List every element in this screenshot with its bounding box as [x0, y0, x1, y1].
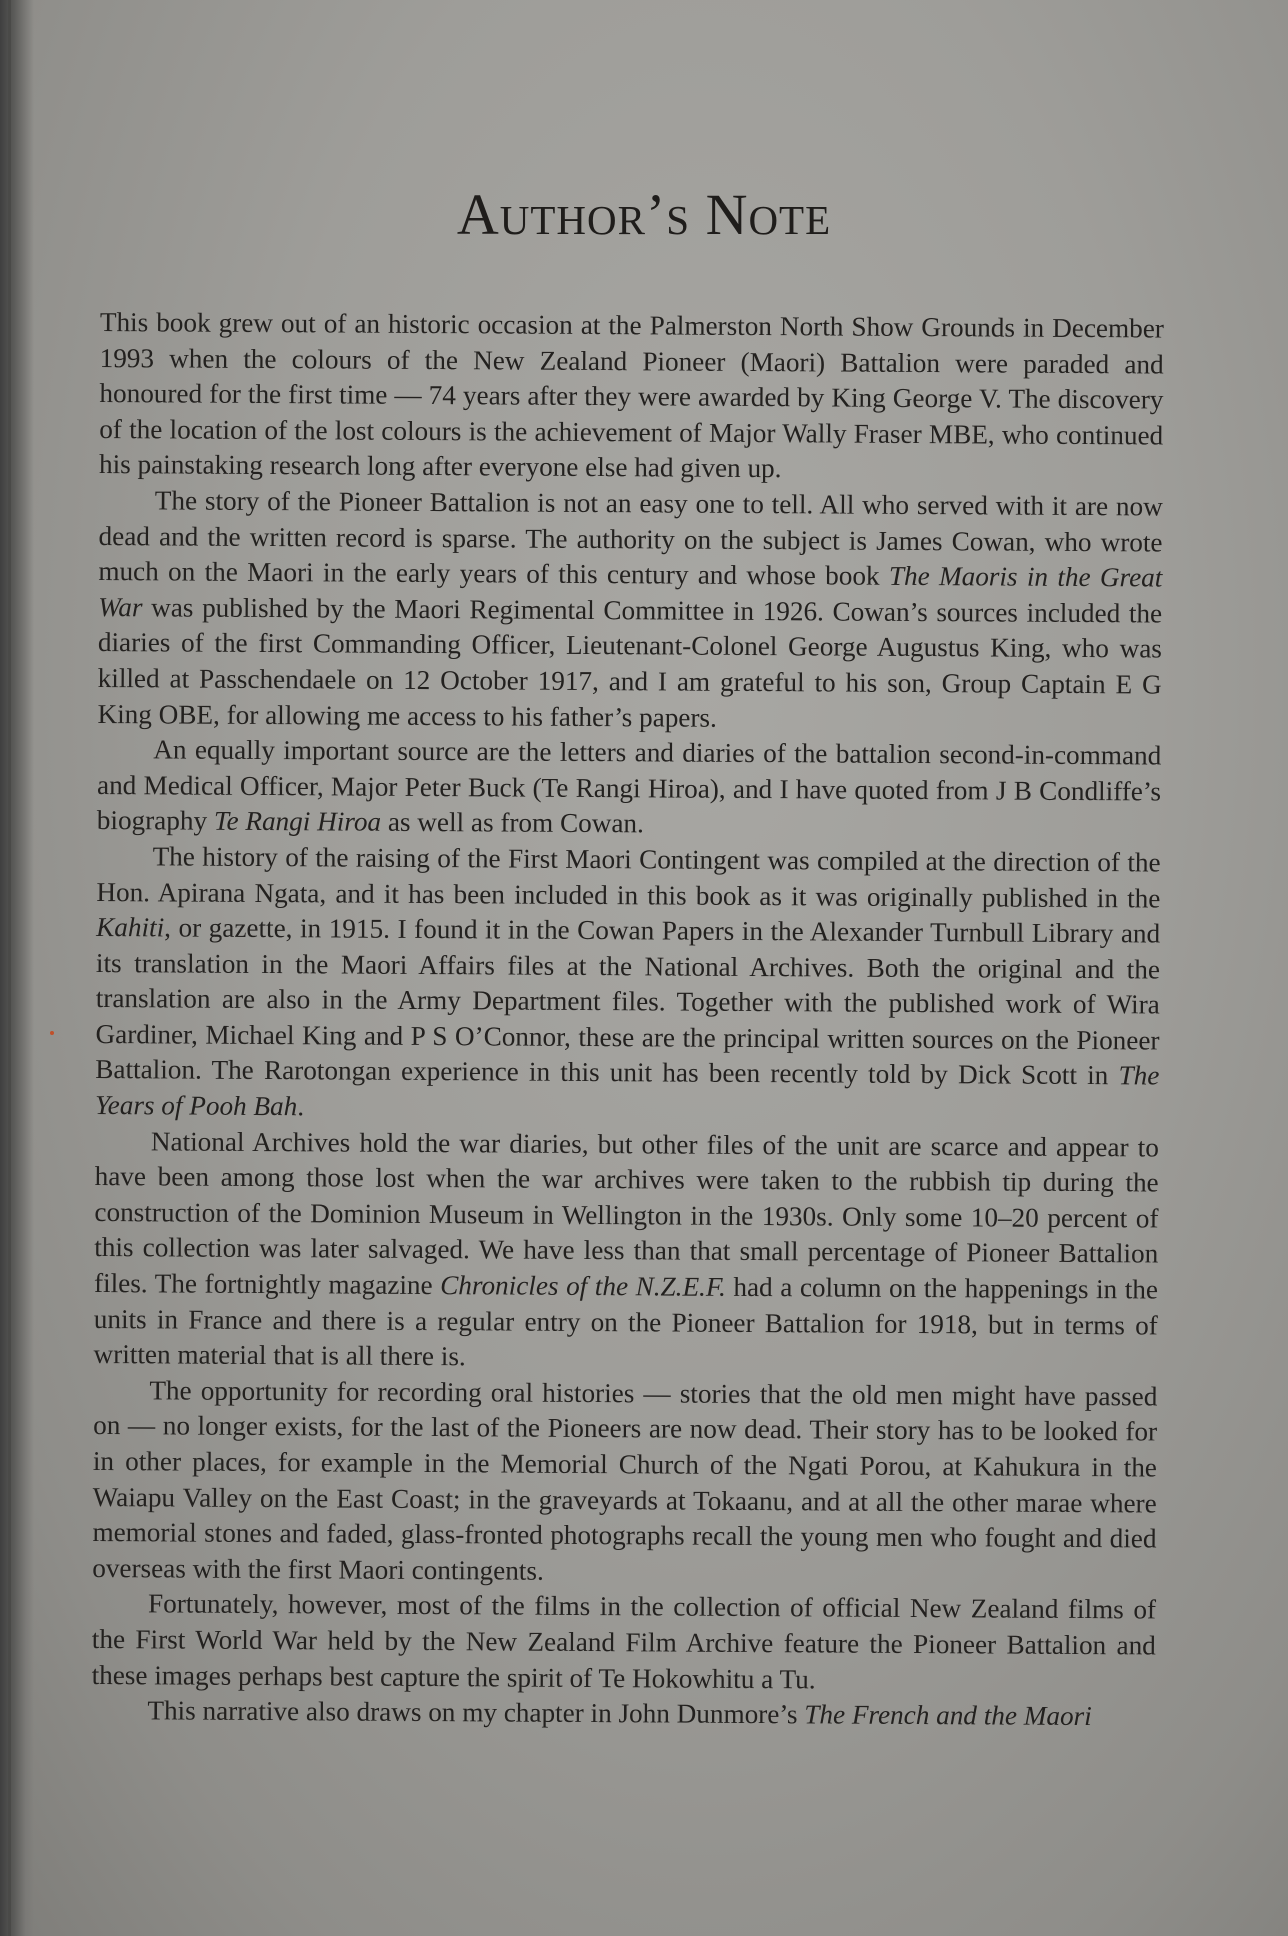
honorific-obe: OBE	[159, 699, 214, 729]
paragraph-2: The story of the Pioneer Battalion is no…	[97, 483, 1163, 739]
book-page: Author’s Note This book grew out of an h…	[0, 0, 1288, 1936]
paragraph-6: The opportunity for recording oral histo…	[92, 1373, 1157, 1593]
ink-speck	[50, 1031, 54, 1035]
spine-edge	[8, 0, 11, 1936]
paragraph-3: An equally important source are the lett…	[97, 732, 1162, 845]
paragraph-1: This book grew out of an historic occasi…	[99, 305, 1164, 489]
text-run: , for allowing me access to his father’s…	[213, 699, 717, 732]
paragraph-8: This narrative also draws on my chapter …	[91, 1693, 1155, 1735]
magazine-title-chronicles-nzef: Chronicles of the N.Z.E.F.	[440, 1270, 726, 1302]
honorific-mbe: MBE	[929, 419, 988, 449]
text-run: The history of the raising of the First …	[96, 841, 1160, 913]
paragraph-4: The history of the raising of the First …	[95, 839, 1161, 1130]
text-run: .	[297, 1091, 304, 1121]
page-title: Author’s Note	[0, 181, 1288, 248]
text-run: as well as from Cowan.	[381, 807, 644, 839]
paragraph-7: Fortunately, however, most of the films …	[92, 1586, 1157, 1699]
paragraph-5: National Archives hold the war diaries, …	[93, 1124, 1159, 1380]
text-run: This narrative also draws on my chapter …	[147, 1695, 804, 1729]
publication-kahiti: Kahiti	[96, 912, 164, 942]
book-title-te-rangi-hiroa: Te Rangi Hiroa	[214, 806, 381, 837]
spine-shadow	[0, 0, 34, 1936]
book-title-french-and-maori: The French and the Maori	[804, 1699, 1092, 1731]
text-run: The opportunity for recording oral histo…	[92, 1375, 1157, 1585]
text-run: Fortunately, however, most of the films …	[92, 1589, 1157, 1694]
text-run: , or gazette, in 1915. I found it in the…	[95, 912, 1160, 1090]
body-text: This book grew out of an historic occasi…	[91, 305, 1164, 1735]
